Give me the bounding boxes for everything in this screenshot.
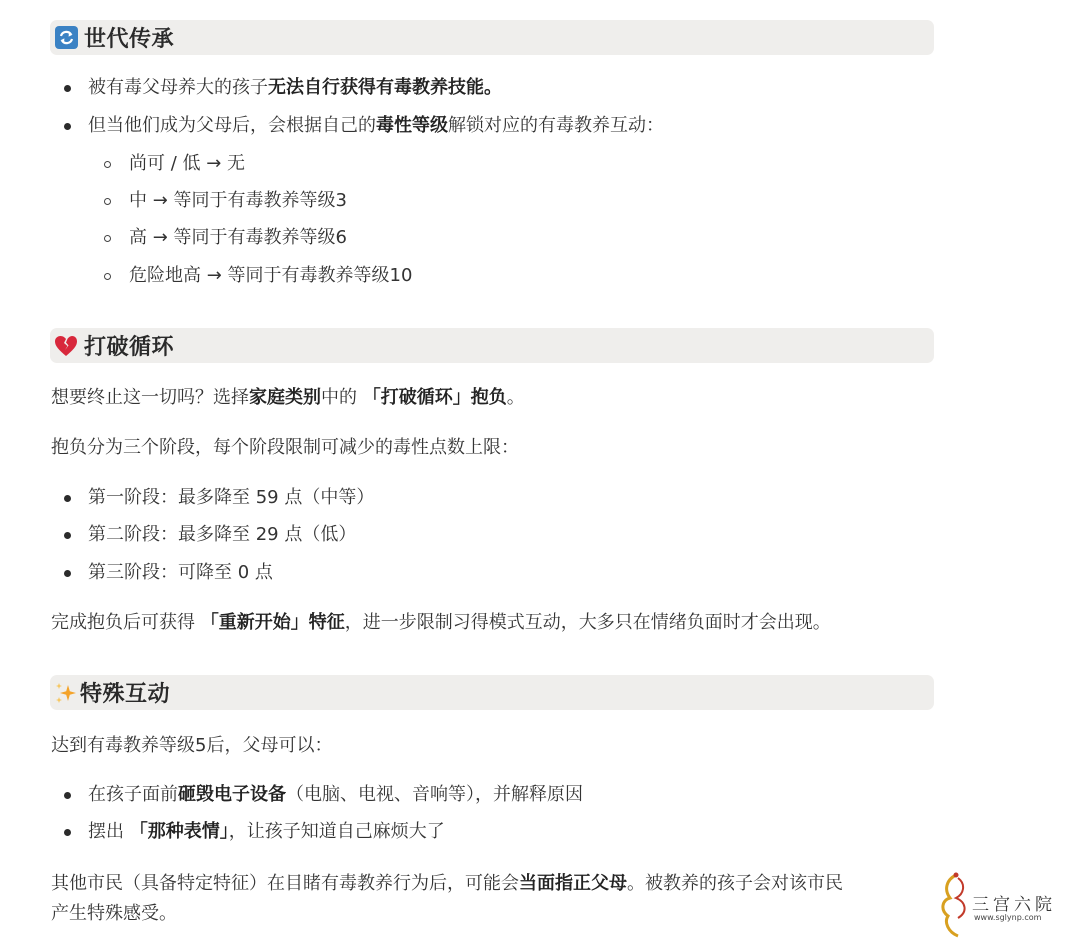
list-item: 第二阶段：最多降至 29 点（低） [88,522,356,548]
repeat-arrows-icon [54,26,78,50]
section-title: 特殊互动 [80,677,170,708]
paragraph: 想要终止这一切吗？选择家庭类别中的 「打破循环」抱负。 [51,385,525,411]
paragraph: 抱负分为三个阶段，每个阶段限制可减少的毒性点数上限： [51,435,519,461]
list-item: 第一阶段：最多降至 59 点（中等） [88,485,374,511]
list-item: 但当他们成为父母后，会根据自己的毒性等级解锁对应的有毒教养互动： [88,113,664,139]
bullet-dot [64,532,71,539]
sub-list-item: 中 → 等同于有毒教养等级3 [129,188,347,214]
broken-heart-icon [54,334,78,358]
section-title: 打破循环 [84,330,174,361]
circle-bullet [104,273,111,280]
paragraph-continued: 产生特殊感受。 [51,901,177,927]
watermark-url: www.sglynp.com [974,913,1041,922]
list-item: 被有毒父母养大的孩子无法自行获得有毒教养技能。 [88,75,502,101]
sparkles-icon [54,681,78,705]
watermark-text: 三宫六院 [972,890,1056,915]
watermark-logo: 三宫六院 www.sglynp.com [936,870,1066,940]
circle-bullet [104,161,111,168]
circle-bullet [104,198,111,205]
bullet-dot [64,570,71,577]
sub-list-item: 高 → 等同于有毒教养等级6 [129,225,347,251]
phoenix-logo-icon [936,870,976,940]
bullet-dot [64,792,71,799]
bullet-dot [64,123,71,130]
sub-list-item: 尚可 / 低 → 无 [129,151,245,177]
section-heading-break-cycle: 打破循环 [50,328,934,363]
list-item: 在孩子面前砸毁电子设备（电脑、电视、音响等），并解释原因 [88,782,583,808]
list-item: 第三阶段：可降至 0 点 [88,560,273,586]
bullet-dot [64,495,71,502]
bullet-dot [64,85,71,92]
circle-bullet [104,235,111,242]
section-heading-generations: 世代传承 [50,20,934,55]
paragraph: 其他市民（具备特定特征）在目睹有毒教养行为后，可能会当面指正父母。被教养的孩子会… [51,871,843,897]
sub-list-item: 危险地高 → 等同于有毒教养等级10 [129,263,412,289]
paragraph: 完成抱负后可获得 「重新开始」特征，进一步限制习得模式互动，大多只在情绪负面时才… [51,610,831,636]
section-heading-special: 特殊互动 [50,675,934,710]
paragraph: 达到有毒教养等级5后，父母可以： [51,733,332,759]
bullet-dot [64,829,71,836]
section-title: 世代传承 [84,22,174,53]
list-item: 摆出 「那种表情」，让孩子知道自己麻烦大了 [88,819,445,845]
